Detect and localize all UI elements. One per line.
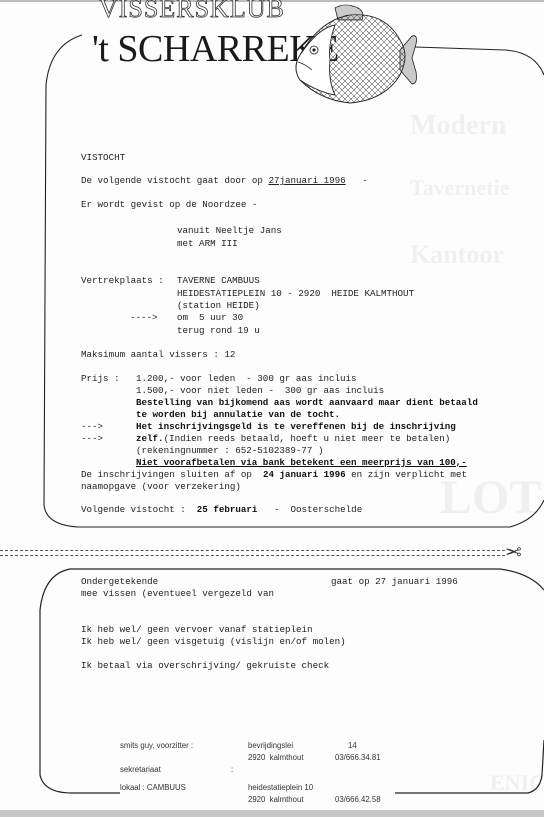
venue-street: heidestatieplein 10	[248, 783, 313, 793]
cut-line	[0, 550, 505, 556]
secretary-colon: :	[231, 765, 233, 775]
closing-line-1: De inschrijvingen sluiten af op 24 janua…	[81, 469, 467, 480]
fish-icon	[296, 5, 417, 103]
viewer-bottom-edge	[0, 810, 544, 817]
form-payment: Ik betaal via overschrijving/ gekruiste …	[81, 660, 329, 671]
price-label: Prijs :	[81, 373, 120, 384]
bank-account: (rekeningnummer : 652-5102389-77 )	[136, 445, 323, 456]
form-accompanied: mee vissen (eventueel vergezeld van	[81, 588, 274, 599]
fee-line-1: Het inschrijvingsgeld is te vereffenen b…	[136, 421, 456, 432]
return-time: terug rond 19 u	[177, 325, 260, 336]
venue-phone: 03/666.42.58	[335, 795, 381, 805]
form-transport: Ik heb wel/ geen vervoer vanaf statieple…	[81, 624, 313, 635]
closing-suffix: en zijn verplicht met	[346, 469, 467, 480]
chair-phone: 03/666.34.81	[335, 753, 381, 763]
trip-date-suffix: -	[346, 175, 368, 186]
venue-city: 2920 kalmthout	[248, 795, 303, 805]
chair-label: smits guy, voorzitter :	[120, 741, 193, 751]
closing-prefix: De inschrijvingen sluiten af op	[81, 469, 263, 480]
scanned-page: Modern Tavernetie Kantoor LOT ENIC VISSE…	[0, 0, 544, 817]
fee-line-2: zelf.(Indien reeds betaald, hoeft u niet…	[136, 433, 450, 444]
max-anglers: Maksimum aantal vissers : 12	[81, 349, 235, 360]
chair-number: 14	[348, 741, 357, 751]
surcharge-notice: Niet voorafbetalen via bank betekent een…	[136, 457, 467, 468]
secretary-label: sekretariaat	[120, 765, 161, 775]
departure-label: Vertrekplaats :	[81, 275, 169, 286]
fee-line-2-bold: zelf.	[136, 433, 164, 444]
boat-name: met ARM III	[177, 238, 238, 249]
trip-date-line: De volgende vistocht gaat door op 27janu…	[81, 175, 368, 186]
form-signed-label: Ondergetekende	[81, 576, 158, 587]
fee-line-2-rest: (Indien reeds betaald, hoeft u niet meer…	[164, 433, 451, 444]
departure-address: HEIDESTATIEPLEIN 10 - 2920 HEIDE KALMTHO…	[177, 288, 414, 299]
price-members: 1.200,- voor leden - 300 gr aas incluis	[136, 373, 357, 384]
bait-order-line-2: te worden bij annulatie van de tocht.	[136, 409, 340, 420]
next-trip-date: 25 februari	[197, 504, 258, 515]
departure-station: (station HEIDE)	[177, 300, 260, 311]
fishing-location: Er wordt gevist op de Noordzee -	[81, 199, 257, 210]
departure-harbour: vanuit Neeltje Jans	[177, 225, 282, 236]
chair-city: 2920 kalmthout	[248, 753, 303, 763]
trip-date-prefix: De volgende vistocht gaat door op	[81, 175, 268, 186]
next-trip-place: - Oosterschelde	[257, 504, 362, 515]
closing-date: 24 januari 1996	[263, 469, 346, 480]
departure-place: TAVERNE CAMBUUS	[177, 275, 260, 286]
next-trip-line: Volgende vistocht : 25 februari - Ooster…	[81, 504, 362, 515]
form-goes-on: gaat op 27 januari 1996	[331, 576, 458, 587]
next-trip-label: Volgende vistocht :	[81, 504, 197, 515]
arrow-marker: --->	[81, 433, 103, 444]
departure-time: om 5 uur 30	[177, 312, 243, 323]
notice-title: VISTOCHT	[81, 152, 125, 163]
venue-label: lokaal : CAMBUUS	[120, 783, 186, 793]
closing-line-2: naamopgave (voor verzekering)	[81, 481, 241, 492]
arrow-marker: ---->	[130, 312, 158, 323]
bait-order-line-1: Bestelling van bijkomend aas wordt aanva…	[136, 397, 478, 408]
trip-date-value: 27januari 1996	[268, 175, 345, 186]
arrow-marker: --->	[81, 421, 103, 432]
chair-street: bevrijdingslei	[248, 741, 293, 751]
scissors-icon: ✂	[505, 543, 522, 561]
form-gear: Ik heb wel/ geen visgetuig (vislijn en/o…	[81, 636, 346, 647]
price-non-members: 1.500,- voor niet leden - 300 gr aas inc…	[136, 385, 384, 396]
